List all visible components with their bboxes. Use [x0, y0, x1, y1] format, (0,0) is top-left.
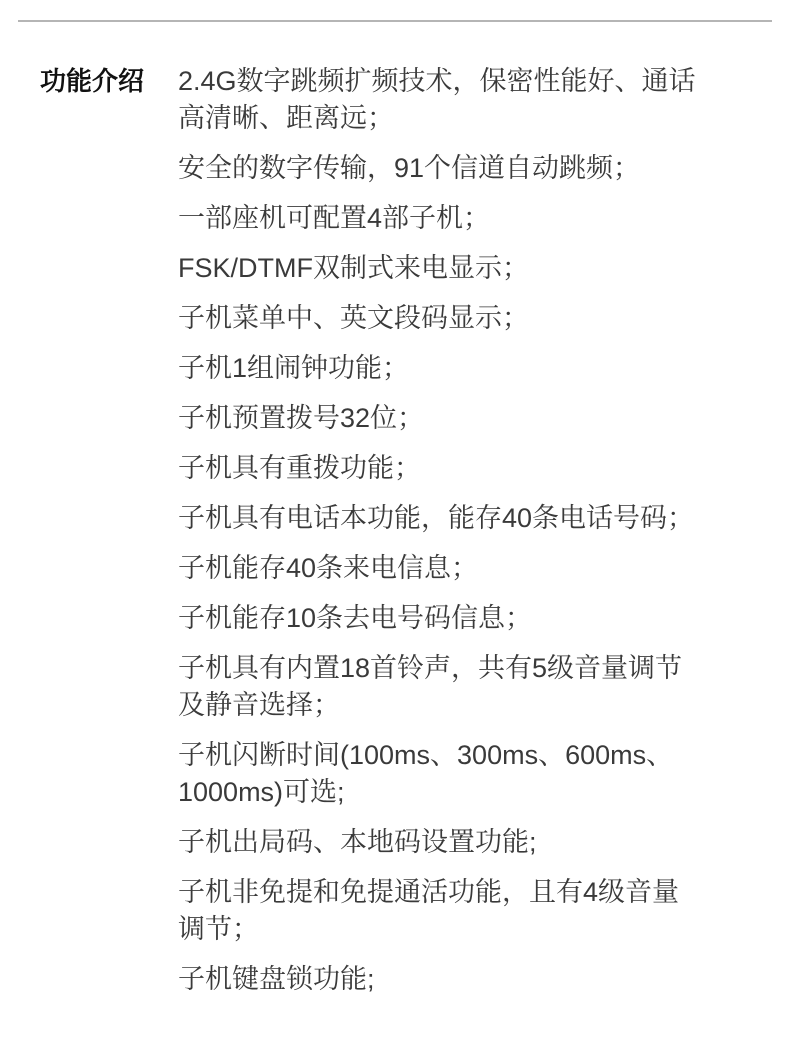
feature-item: 子机闪断时间(100ms、300ms、600ms、 1000ms)可选; [178, 737, 790, 811]
feature-item: FSK/DTMF双制式来电显示； [178, 250, 790, 287]
feature-item: 子机具有电话本功能，能存40条电话号码； [178, 500, 790, 537]
feature-item: 子机能存40条来电信息； [178, 550, 790, 587]
product-description-page: 功能介绍 2.4G数字跳频扩频技术，保密性能好、通话 高清晰、距离远； 安全的数… [0, 0, 790, 1051]
feature-item: 子机键盘锁功能; [178, 961, 790, 998]
feature-item: 子机具有内置18首铃声，共有5级音量调节 及静音选择； [178, 650, 790, 724]
feature-item: 子机具有重拨功能； [178, 450, 790, 487]
feature-item: 子机出局码、本地码设置功能; [178, 824, 790, 861]
feature-item: 子机预置拨号32位； [178, 400, 790, 437]
feature-item: 2.4G数字跳频扩频技术，保密性能好、通话 高清晰、距离远； [178, 63, 790, 137]
feature-item: 子机非免提和免提通活功能，且有4级音量 调节； [178, 874, 790, 948]
feature-item: 一部座机可配置4部子机； [178, 200, 790, 237]
section-label: 功能介绍 [40, 63, 178, 100]
feature-item: 子机能存10条去电号码信息； [178, 600, 790, 637]
section-divider [18, 20, 772, 22]
feature-item: 子机菜单中、英文段码显示； [178, 300, 790, 337]
feature-item: 子机1组闹钟功能； [178, 350, 790, 387]
feature-intro-section: 功能介绍 2.4G数字跳频扩频技术，保密性能好、通话 高清晰、距离远； 安全的数… [0, 0, 790, 1011]
feature-list: 2.4G数字跳频扩频技术，保密性能好、通话 高清晰、距离远； 安全的数字传输，9… [178, 63, 790, 1011]
feature-item: 安全的数字传输，91个信道自动跳频； [178, 150, 790, 187]
